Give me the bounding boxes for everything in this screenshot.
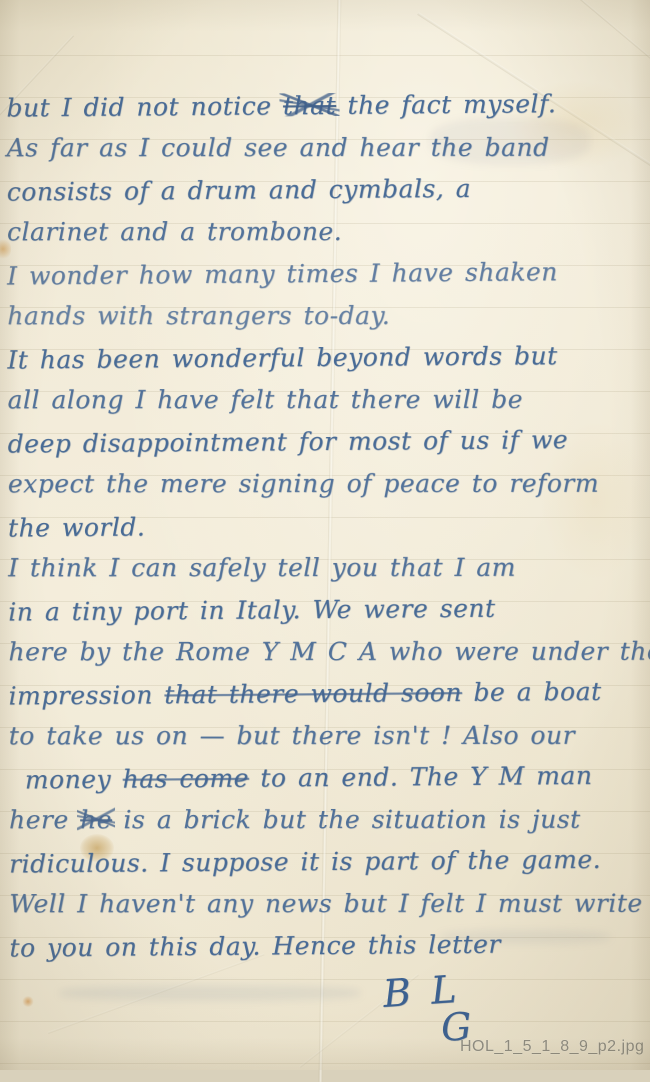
scan-vignette (0, 0, 650, 1070)
letter-page: but I did not notice that the fact mysel… (0, 0, 650, 1070)
